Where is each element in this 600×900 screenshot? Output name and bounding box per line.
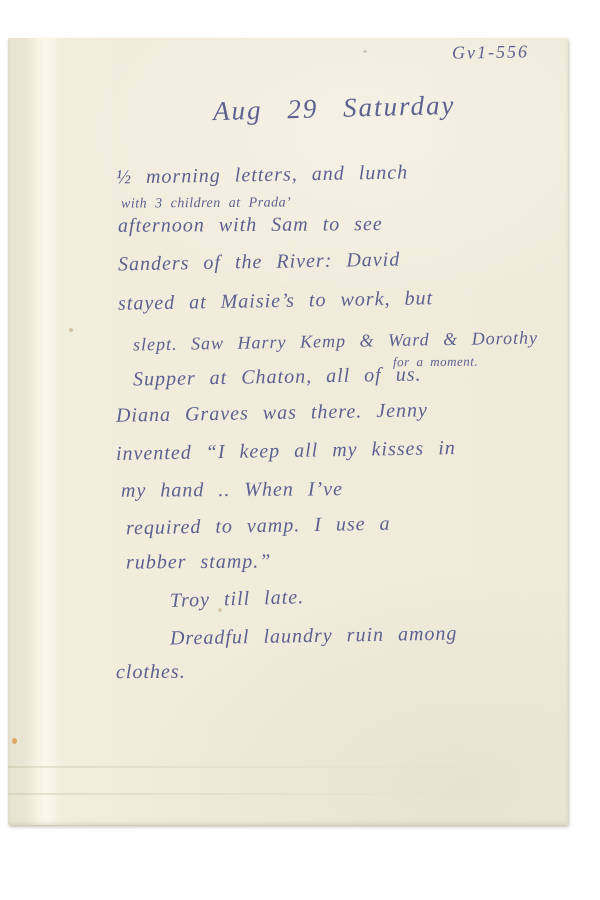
diary-line-13: Dreadful laundry ruin among: [170, 622, 458, 650]
diary-line-9: my hand .. When I’ve: [121, 478, 343, 503]
catalog-mark: Gv1-556: [452, 41, 529, 63]
diary-line-3: Sanders of the River: David: [118, 249, 401, 277]
diary-line-10: required to vamp. I use a: [126, 513, 391, 541]
paper-sheet: Gv1-556 Aug 29 Saturday ½ morning letter…: [8, 38, 568, 825]
diary-line-6: Supper at Chaton, all of us.: [133, 363, 422, 391]
diary-line-4: stayed at Maisie’s to work, but: [118, 287, 433, 315]
date-heading: Aug 29 Saturday: [213, 90, 456, 127]
paper-speck: [69, 328, 73, 332]
diary-line-2: afternoon with Sam to see: [118, 213, 383, 238]
paper-crease: [8, 793, 568, 795]
insertion-note: with 3 children at Prada’: [121, 195, 291, 212]
paper-crease: [8, 766, 568, 768]
diary-line-12: Troy till late.: [170, 586, 305, 613]
diary-line-11: rubber stamp.”: [126, 550, 272, 574]
diary-line-14: clothes.: [116, 661, 186, 684]
diary-line-5: slept. Saw Harry Kemp & Ward & Dorothy: [133, 327, 538, 355]
paper-speck: [363, 50, 367, 53]
diary-line-1: ½ morning letters, and lunch: [116, 161, 409, 189]
scan-background: Gv1-556 Aug 29 Saturday ½ morning letter…: [0, 0, 600, 900]
diary-line-8: invented “I keep all my kisses in: [116, 437, 456, 466]
diary-line-7: Diana Graves was there. Jenny: [116, 399, 428, 427]
paper-speck: [12, 738, 17, 744]
